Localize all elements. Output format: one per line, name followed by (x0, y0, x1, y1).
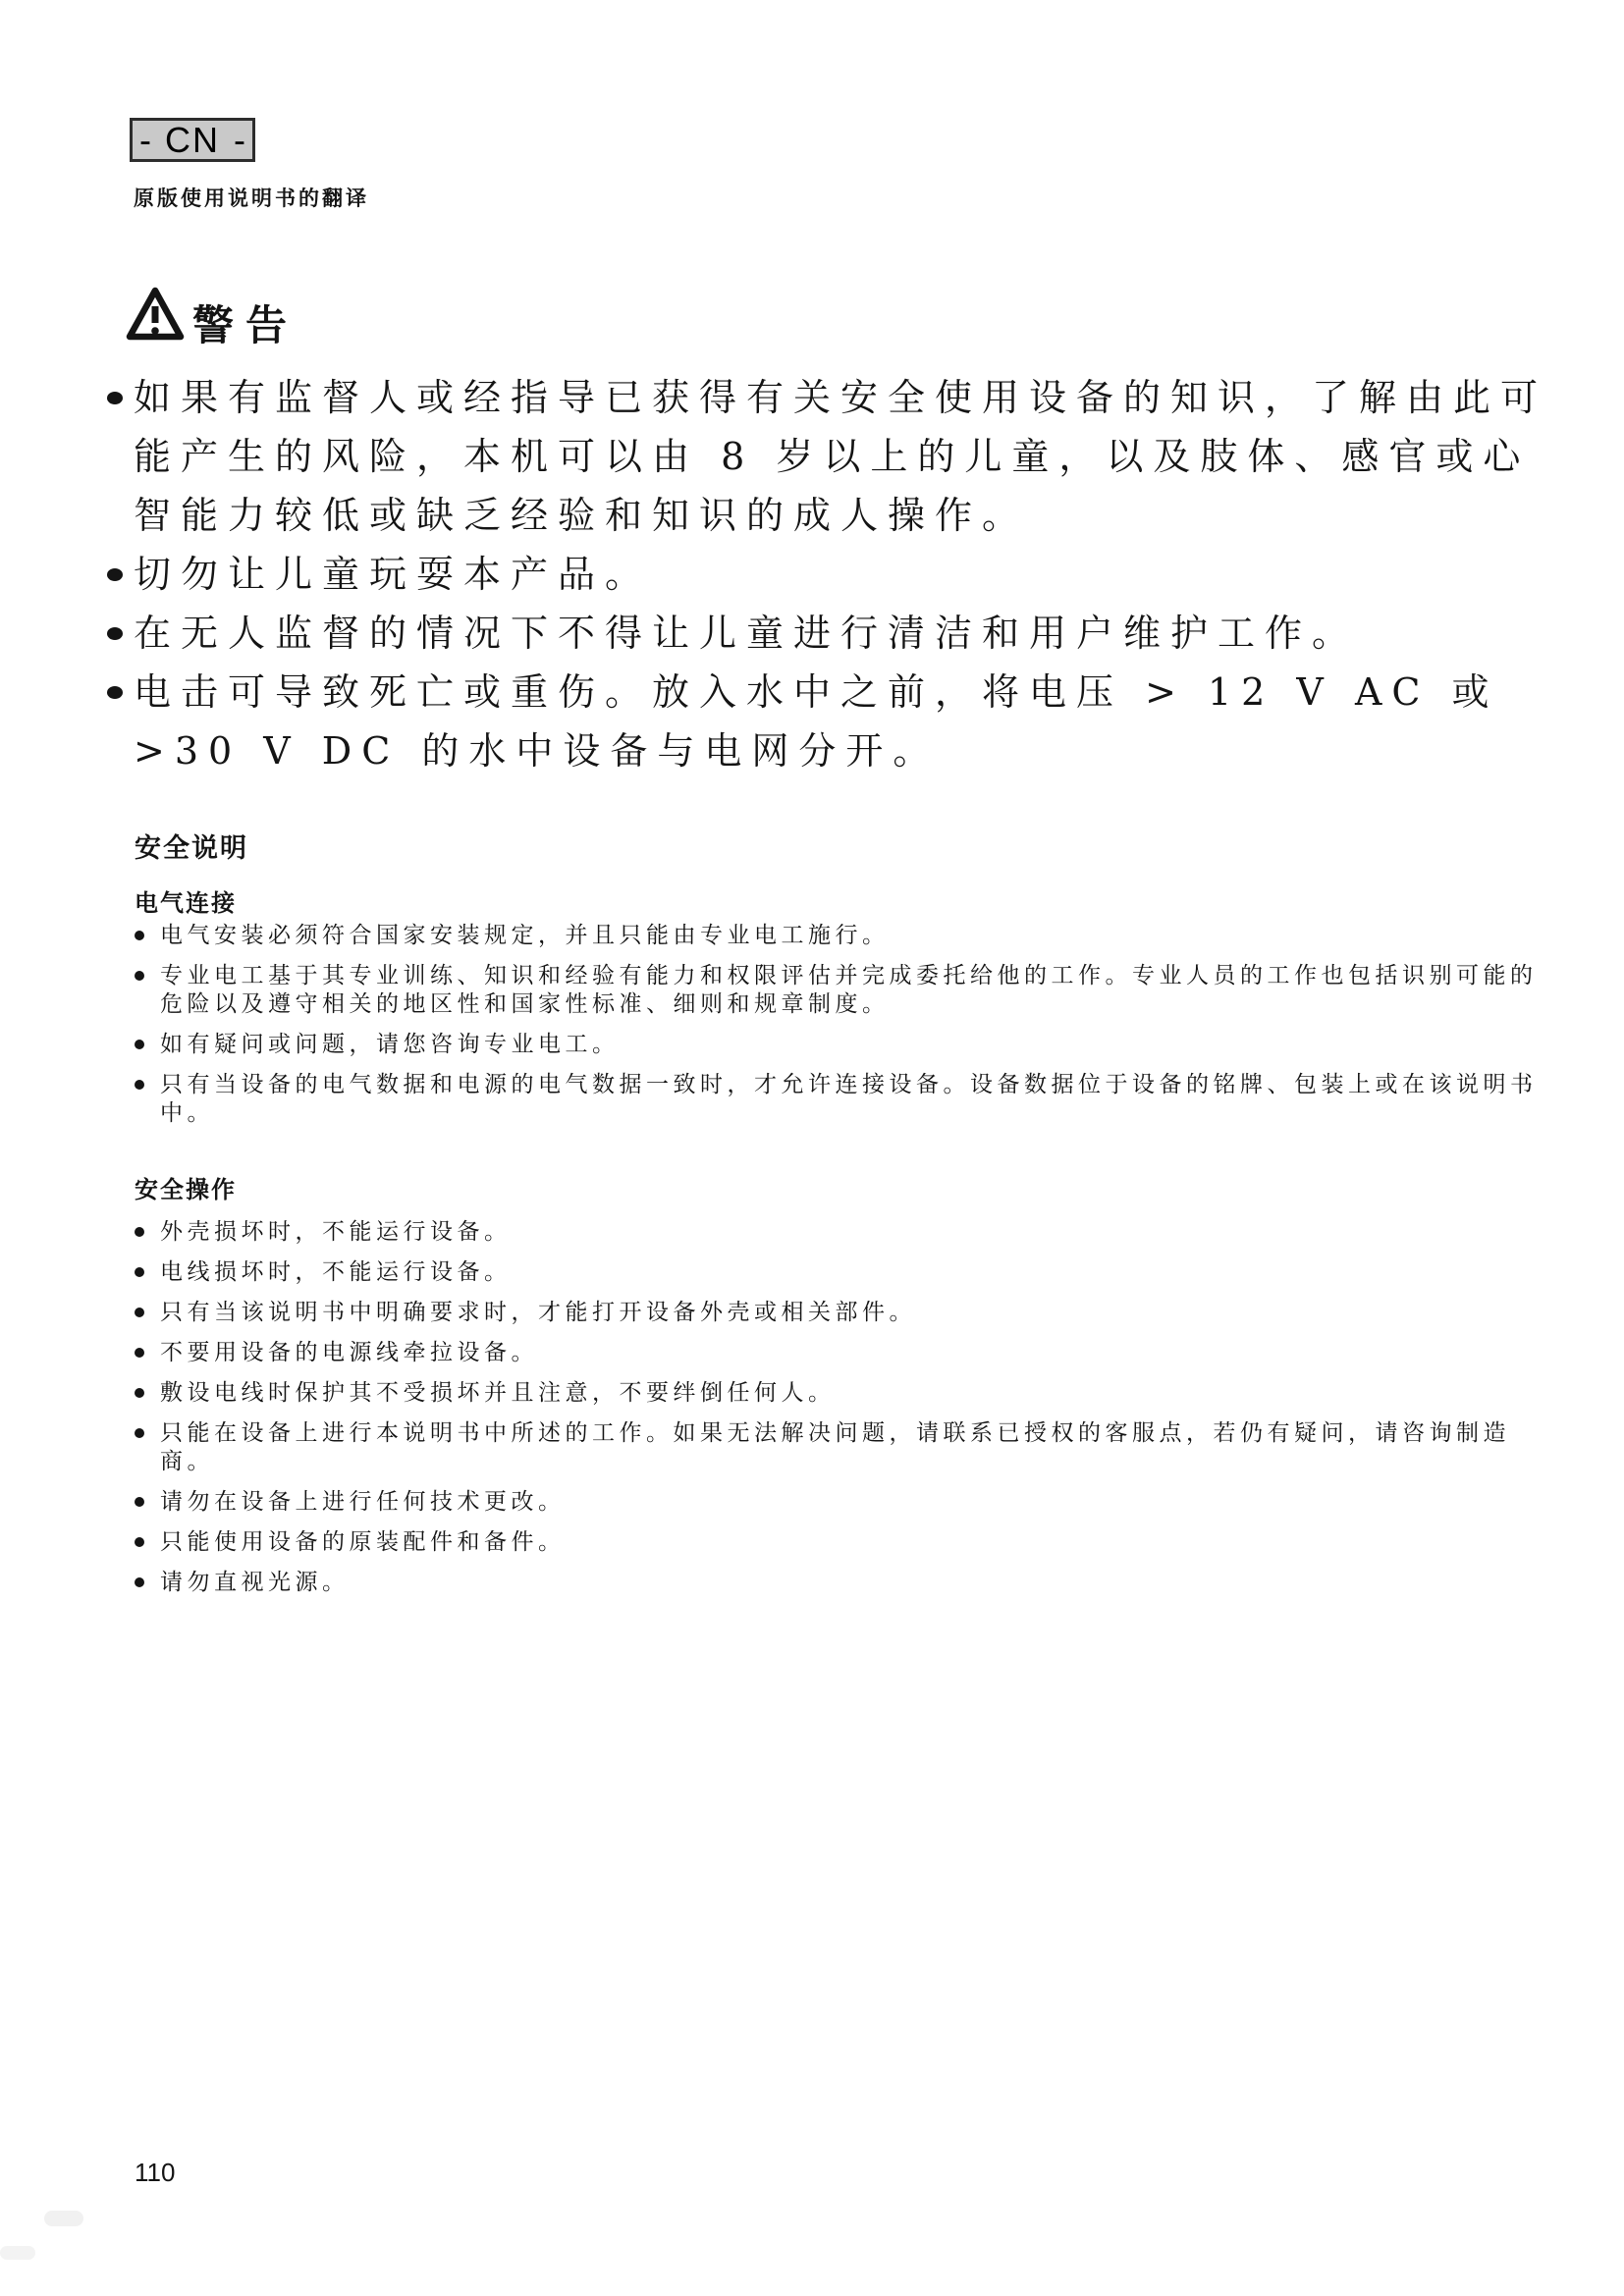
bullet-icon (135, 1267, 144, 1277)
list-item: 只能在设备上进行本说明书中所述的工作。如果无法解决问题，请联系已授权的客服点，若… (135, 1419, 1548, 1476)
warning-item-text: 在无人监督的情况下不得让儿童进行清洁和用户维护工作。 (134, 612, 1359, 655)
list-item-text: 只有当设备的电气数据和电源的电气数据一致时，才允许连接设备。设备数据位于设备的铭… (160, 1071, 1548, 1128)
warning-item-text: 切勿让儿童玩耍本产品。 (134, 553, 652, 596)
scan-artifact (44, 2211, 83, 2226)
list-item-text: 只能使用设备的原装配件和备件。 (160, 1528, 566, 1557)
page-number: 110 (135, 2158, 175, 2188)
list-item-text: 不要用设备的电源线牵拉设备。 (160, 1339, 538, 1367)
warning-item: 在无人监督的情况下不得让儿童进行清洁和用户维护工作。 (107, 604, 1552, 663)
bullet-icon (135, 1348, 144, 1358)
bullet-icon (135, 1537, 144, 1547)
list-item-text: 敷设电线时保护其不受损坏并且注意，不要绊倒任何人。 (160, 1379, 836, 1408)
list-item-text: 如有疑问或问题，请您咨询专业电工。 (160, 1031, 620, 1059)
list-item: 请勿直视光源。 (135, 1569, 1548, 1597)
badge-dash-right: - (234, 123, 245, 158)
list-item: 只能使用设备的原装配件和备件。 (135, 1528, 1548, 1557)
bullet-icon (107, 392, 123, 404)
warning-list: 如果有监督人或经指导已获得有关安全使用设备的知识，了解由此可能产生的风险，本机可… (107, 368, 1552, 780)
language-badge: - CN - (130, 118, 255, 162)
list-item-text: 只有当该说明书中明确要求时，才能打开设备外壳或相关部件。 (160, 1299, 916, 1327)
warning-item: 电击可导致死亡或重伤。放入水中之前，将电压 > 12 V AC 或 >30 V … (107, 663, 1552, 780)
doc-title: 原版使用说明书的翻译 (134, 183, 369, 212)
list-item-text: 只能在设备上进行本说明书中所述的工作。如果无法解决问题，请联系已授权的客服点，若… (160, 1419, 1548, 1476)
list-item: 敷设电线时保护其不受损坏并且注意，不要绊倒任何人。 (135, 1379, 1548, 1408)
list-item: 如有疑问或问题，请您咨询专业电工。 (135, 1031, 1548, 1059)
electrical-list: 电气安装必须符合国家安装规定，并且只能由专业电工施行。 专业电工基于其专业训练、… (135, 922, 1548, 1140)
warning-item: 切勿让儿童玩耍本产品。 (107, 545, 1552, 604)
list-item: 电线损坏时，不能运行设备。 (135, 1258, 1548, 1287)
operation-list: 外壳损坏时，不能运行设备。 电线损坏时，不能运行设备。 只有当该说明书中明确要求… (135, 1218, 1548, 1609)
warning-item: 如果有监督人或经指导已获得有关安全使用设备的知识，了解由此可能产生的风险，本机可… (107, 368, 1552, 545)
scan-artifact (0, 2246, 35, 2260)
list-item: 专业电工基于其专业训练、知识和经验有能力和权限评估并完成委托给他的工作。专业人员… (135, 962, 1548, 1019)
bullet-icon (135, 1308, 144, 1317)
warning-item-text: 如果有监督人或经指导已获得有关安全使用设备的知识，了解由此可能产生的风险，本机可… (134, 376, 1547, 537)
bullet-icon (107, 568, 123, 581)
badge-dash-left: - (139, 123, 151, 158)
list-item-text: 外壳损坏时，不能运行设备。 (160, 1218, 512, 1247)
list-item: 只有当设备的电气数据和电源的电气数据一致时，才允许连接设备。设备数据位于设备的铭… (135, 1071, 1548, 1128)
list-item-text: 电线损坏时，不能运行设备。 (160, 1258, 512, 1287)
warning-title: 警告 (192, 305, 298, 347)
bullet-icon (135, 1497, 144, 1507)
bullet-icon (107, 686, 123, 699)
list-item: 不要用设备的电源线牵拉设备。 (135, 1339, 1548, 1367)
list-item-text: 电气安装必须符合国家安装规定，并且只能由专业电工施行。 (160, 922, 890, 950)
bullet-icon (135, 1577, 144, 1587)
bullet-icon (135, 1080, 144, 1090)
list-item: 电气安装必须符合国家安装规定，并且只能由专业电工施行。 (135, 922, 1548, 950)
safety-heading: 安全说明 (135, 827, 248, 865)
section-heading-electrical: 电气连接 (135, 883, 237, 918)
bullet-icon (107, 627, 123, 640)
bullet-icon (135, 931, 144, 940)
bullet-icon (135, 971, 144, 981)
list-item-text: 请勿在设备上进行任何技术更改。 (160, 1488, 566, 1517)
badge-label: CN (165, 123, 220, 158)
list-item: 只有当该说明书中明确要求时，才能打开设备外壳或相关部件。 (135, 1299, 1548, 1327)
bullet-icon (135, 1428, 144, 1438)
manual-page: - CN - 原版使用说明书的翻译 警告 如果有监督人或经指导已获得有关安全使用… (0, 0, 1624, 2296)
warning-item-text: 电击可导致死亡或重伤。放入水中之前，将电压 > 12 V AC 或 >30 V … (134, 670, 1499, 773)
bullet-icon (135, 1040, 144, 1049)
list-item: 外壳损坏时，不能运行设备。 (135, 1218, 1548, 1247)
list-item-text: 请勿直视光源。 (160, 1569, 350, 1597)
warning-triangle-icon (126, 286, 185, 347)
bullet-icon (135, 1388, 144, 1398)
section-heading-operation: 安全操作 (135, 1170, 237, 1204)
list-item: 请勿在设备上进行任何技术更改。 (135, 1488, 1548, 1517)
bullet-icon (135, 1227, 144, 1237)
list-item-text: 专业电工基于其专业训练、知识和经验有能力和权限评估并完成委托给他的工作。专业人员… (160, 962, 1548, 1019)
